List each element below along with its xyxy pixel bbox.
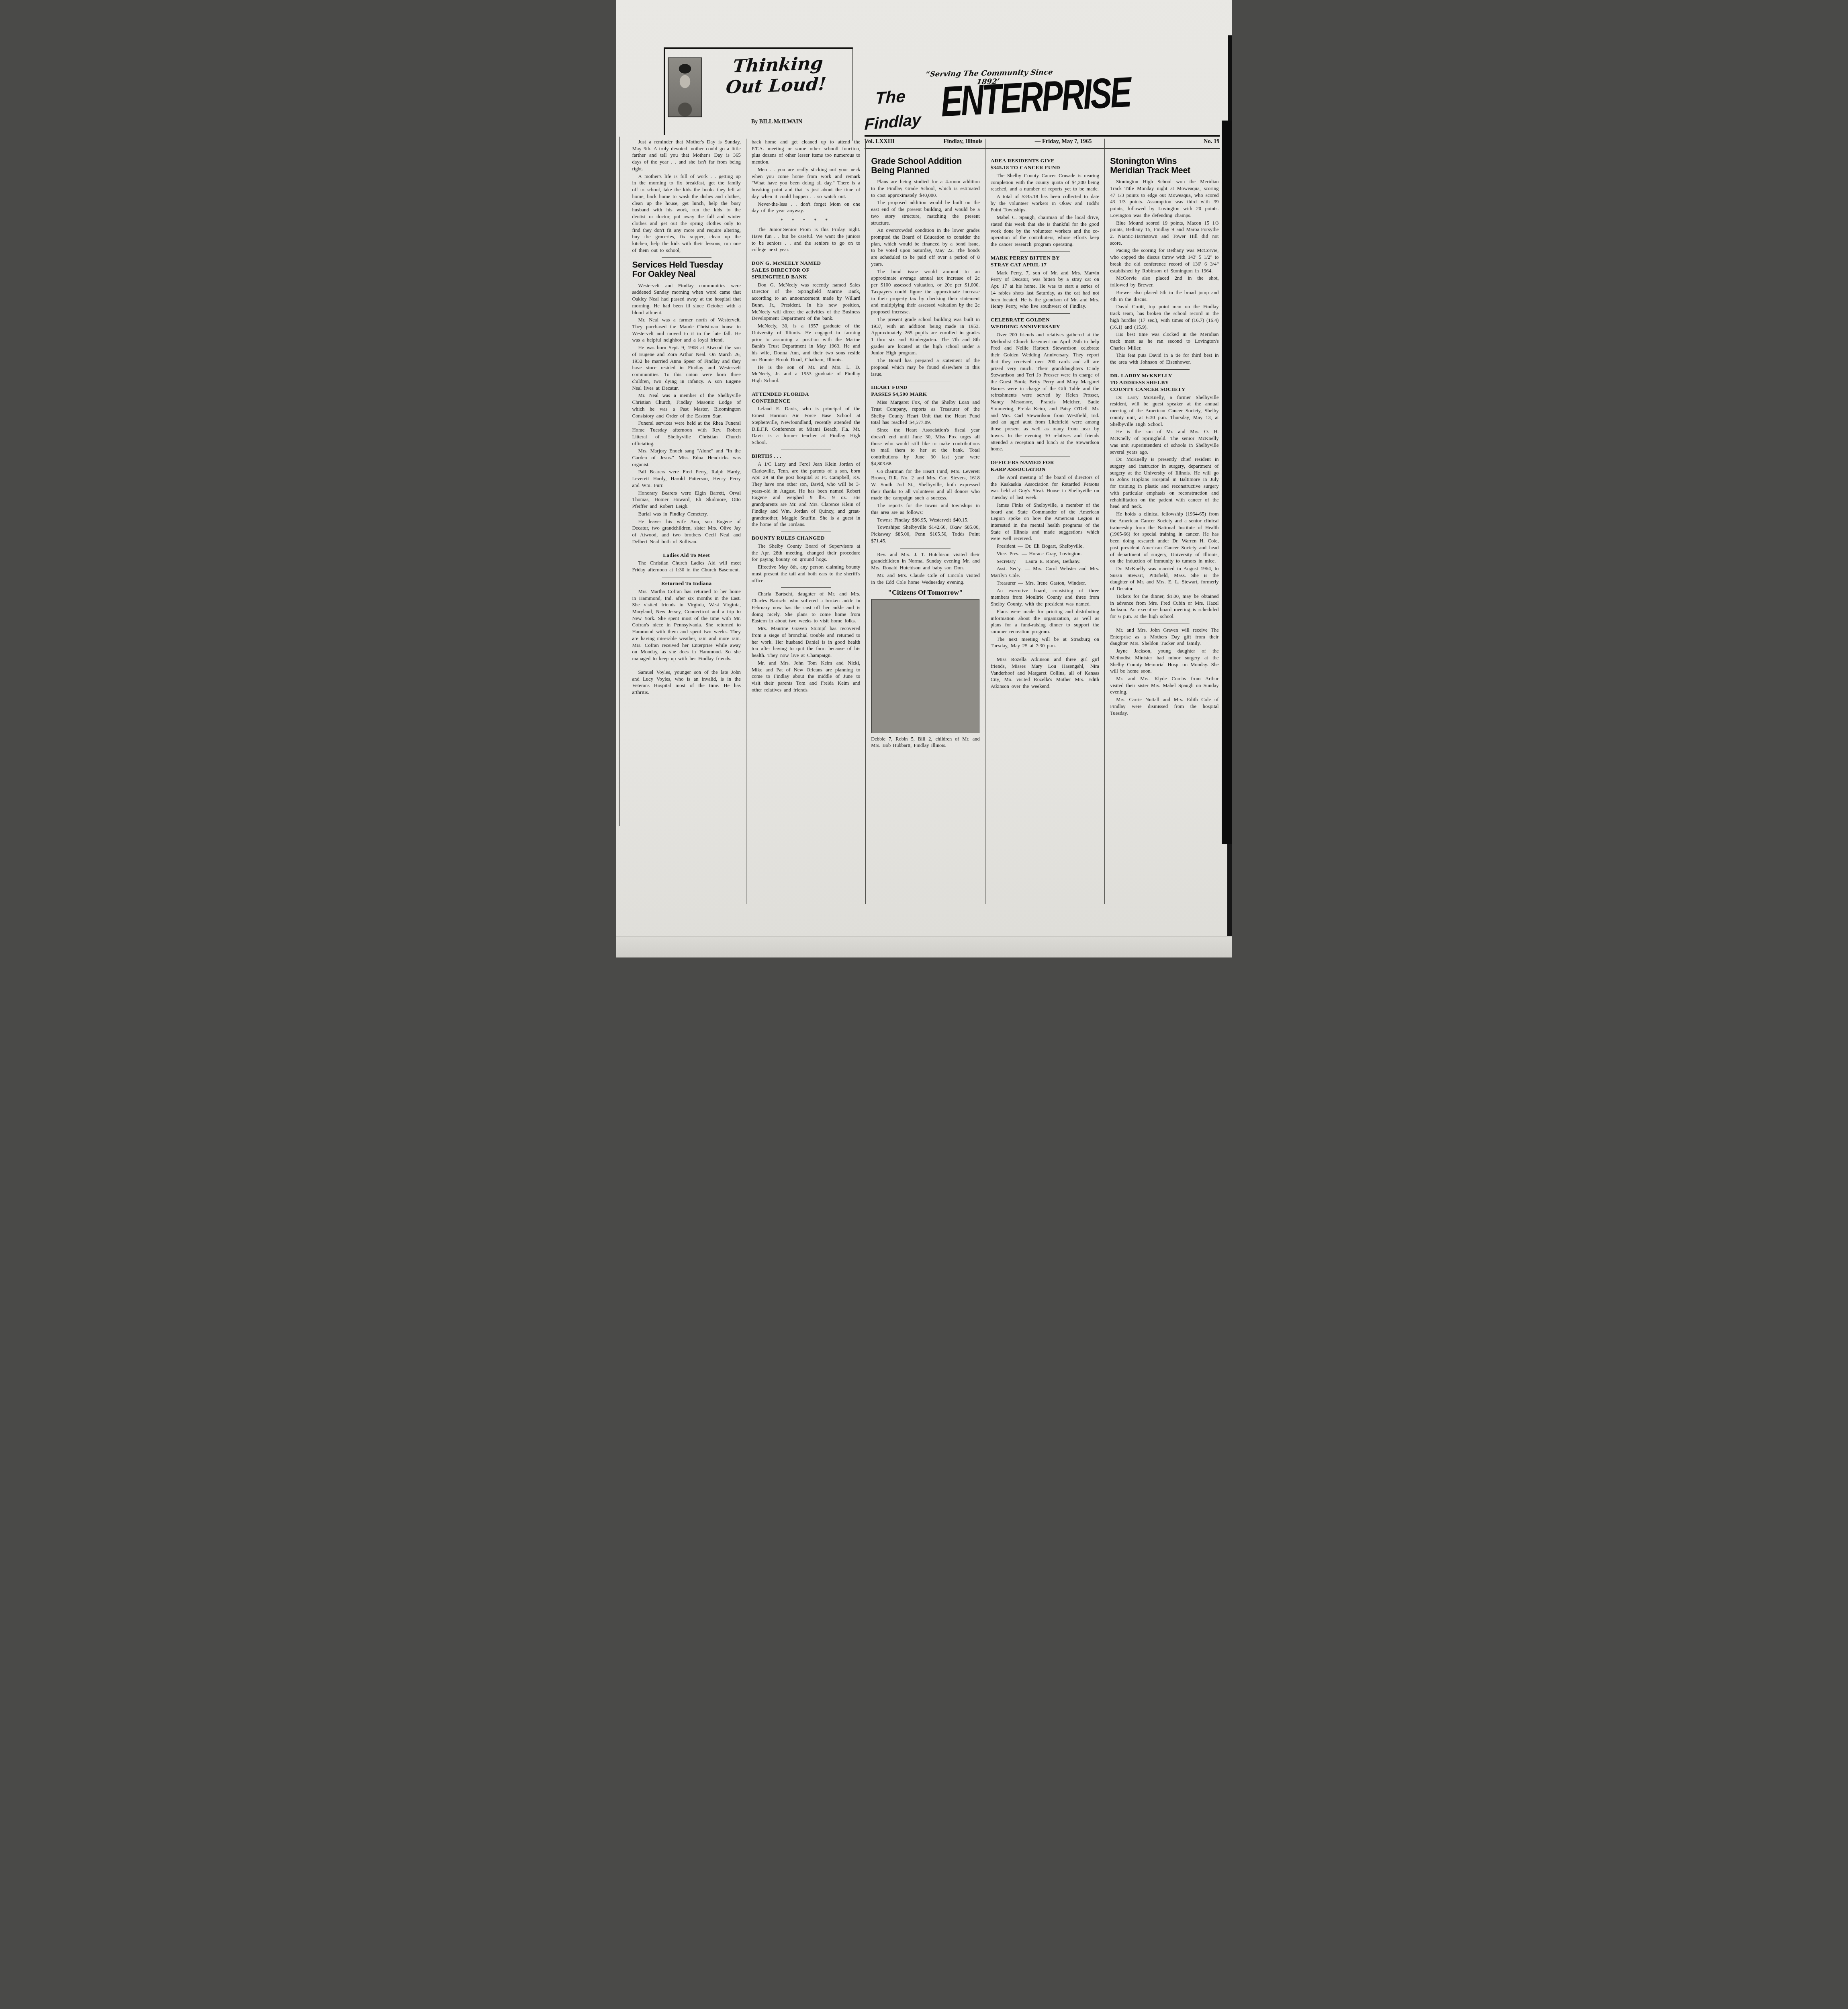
article-paragraph: Miss Margaret Fox, of the Shelby Loan an… xyxy=(871,399,979,426)
item-divider xyxy=(781,532,831,532)
article-paragraph: Asst. Sec'y. — Mrs. Carol Webster and Mr… xyxy=(991,565,1099,579)
article-subhead: BOUNTY RULES CHANGED xyxy=(752,535,860,542)
stars-separator: * * * * * xyxy=(752,217,860,223)
column-box-rule xyxy=(664,47,853,49)
article-paragraph: Mrs. Maurine Graven Stumpf has recovered… xyxy=(752,625,860,659)
article-subhead: HEART FUND PASSES $4,500 MARK xyxy=(871,384,979,398)
article-paragraph: back home and get cleaned up to attend t… xyxy=(752,139,860,166)
item-divider xyxy=(1139,624,1189,624)
article-subhead: MARK PERRY BITTEN BY STRAY CAT APRIL 17 xyxy=(991,255,1099,268)
article-paragraph: Jayne Jackson, young daughter of the Met… xyxy=(1110,648,1218,675)
article-paragraph: An executive board, consisting of three … xyxy=(991,587,1099,608)
scan-edge-artifact xyxy=(1227,844,1232,936)
article-paragraph: Over 200 friends and relatives gathered … xyxy=(991,331,1099,452)
article-subhead: CELEBRATE GOLDEN WEDDING ANNIVERSARY xyxy=(991,317,1099,330)
news-column-5: Stonington Wins Meridian Track MeetStoni… xyxy=(1104,139,1218,904)
item-divider xyxy=(1020,456,1070,456)
article-paragraph: Never-the-less . . don't forget Mom on o… xyxy=(752,201,860,214)
article-subhead: AREA RESIDENTS GIVE $345.18 TO CANCER FU… xyxy=(991,158,1099,171)
article-paragraph: This feat puts David in a tie for third … xyxy=(1110,352,1218,365)
article-paragraph: Since the Heart Association's fiscal yea… xyxy=(871,427,979,467)
article-paragraph: Mr. and Mrs. Klyde Combs from Arthur vis… xyxy=(1110,675,1218,696)
article-paragraph: Towns: Findlay $86.95, Westervelt $40.15… xyxy=(871,517,979,524)
masthead-the: The xyxy=(875,86,906,108)
news-column-1: Just a reminder that Mother's Day is Sun… xyxy=(632,139,741,904)
item-divider xyxy=(662,666,711,666)
article-paragraph: Dr. McKnelly is presently chief resident… xyxy=(1110,456,1218,510)
article-headline: Grade School Addition Being Planned xyxy=(871,157,979,175)
article-paragraph: Blue Mound scored 19 points, Macon 15 1/… xyxy=(1110,220,1218,247)
masthead-findlay: Findlay xyxy=(864,111,921,134)
article-paragraph: He is the son of Mr. and Mrs. L. D. McNe… xyxy=(752,364,860,384)
article-paragraph: Mr. and Mrs. Claude Cole of Lincoln visi… xyxy=(871,572,979,585)
newspaper-page: Thinking Out Loud! By BILL McILWAIN “Ser… xyxy=(616,0,1232,957)
article-subhead: BIRTHS . . . xyxy=(752,453,860,460)
scan-edge-artifact xyxy=(1228,35,1232,124)
item-divider xyxy=(781,450,831,450)
item-divider xyxy=(781,587,831,588)
article-paragraph: The Shelby County Board of Supervisors a… xyxy=(752,543,860,563)
article-paragraph: Samuel Voyles, younger son of the late J… xyxy=(632,669,741,696)
article-paragraph: Pacing the scoring for Bethany was McCor… xyxy=(1110,247,1218,274)
article-paragraph: The Board has prepared a statement of th… xyxy=(871,357,979,377)
masthead-divider-rule xyxy=(852,47,853,141)
article-paragraph: Charla Bartscht, daughter of Mr. and Mrs… xyxy=(752,591,860,624)
item-divider xyxy=(781,257,831,257)
article-paragraph: Men . . you are really sticking out your… xyxy=(752,166,860,200)
article-paragraph: David Cruitt, top point man on the Findl… xyxy=(1110,303,1218,330)
article-paragraph: Mark Perry, 7, son of Mr. and Mrs. Marvi… xyxy=(991,270,1099,310)
article-paragraph: James Finks of Shelbyville, a member of … xyxy=(991,502,1099,542)
article-paragraph: The proposed addition would be built on … xyxy=(871,199,979,226)
article-subhead: Ladies Aid To Meet xyxy=(632,552,741,559)
article-paragraph: Townships: Shelbyville $142.60, Okaw $85… xyxy=(871,524,979,544)
article-paragraph: Mrs. Marjory Enoch sang "Alone" and "In … xyxy=(632,448,741,468)
article-paragraph: The Shelby County Cancer Crusade is near… xyxy=(991,172,1099,192)
article-paragraph: Tickets for the dinner, $1.00, may be ob… xyxy=(1110,593,1218,620)
article-headline: Stonington Wins Meridian Track Meet xyxy=(1110,157,1218,175)
news-column-3: Grade School Addition Being PlannedPlans… xyxy=(865,139,979,904)
article-paragraph: Leland E. Davis, who is principal of the… xyxy=(752,405,860,446)
column-byline: By BILL McILWAIN xyxy=(707,119,847,125)
article-paragraph: Plans were made for printing and distrib… xyxy=(991,608,1099,635)
news-columns: Just a reminder that Mother's Day is Sun… xyxy=(632,139,1219,904)
article-paragraph: A 1/C Larry and Ferol Jean Klein Jordan … xyxy=(752,461,860,528)
article-paragraph: Effective May 8th, any person claiming b… xyxy=(752,564,860,584)
article-paragraph: Just a reminder that Mother's Day is Sun… xyxy=(632,139,741,172)
article-paragraph: Honorary Bearers were Elgin Barrett, Orv… xyxy=(632,490,741,510)
article-paragraph: A total of $345.18 has been collected to… xyxy=(991,193,1099,213)
column-box-rule xyxy=(664,47,665,135)
article-paragraph: The Junior-Senior Prom is this Friday ni… xyxy=(752,226,860,253)
article-paragraph: Rev. and Mrs. J. T. Hutchison visited th… xyxy=(871,551,979,571)
article-paragraph: Burial was in Findlay Cemetery. xyxy=(632,511,741,518)
item-divider xyxy=(781,388,831,388)
scan-edge-artifact xyxy=(619,137,620,826)
column-title: Thinking Out Loud! xyxy=(704,52,849,99)
article-paragraph: Don G. McNeely was recently named Sales … xyxy=(752,282,860,322)
item-divider xyxy=(900,548,950,548)
article-paragraph: A mother's life is full of work . . gett… xyxy=(632,173,741,254)
article-paragraph: Secretary — Laura E. Roney, Bethany. xyxy=(991,558,1099,565)
article-paragraph: The present grade school building was bu… xyxy=(871,316,979,356)
item-divider xyxy=(1020,313,1070,314)
article-paragraph: Mabel C. Spaugh, chairman of the local d… xyxy=(991,214,1099,248)
scan-edge-artifact xyxy=(1222,121,1232,844)
article-paragraph: Mr. and Mrs. John Tom Keim and Nicki, Mi… xyxy=(752,660,860,694)
article-paragraph: McCorvie also placed 2nd in the shot, fo… xyxy=(1110,275,1218,288)
article-paragraph: Mrs. Carrie Nuttall and Mrs. Edith Cole … xyxy=(1110,696,1218,716)
article-paragraph: The Christian Church Ladies Aid will mee… xyxy=(632,560,741,573)
article-paragraph: His best time was clocked in the Meridia… xyxy=(1110,331,1218,351)
item-divider xyxy=(900,381,950,381)
article-paragraph: Funeral services were held at the Rhea F… xyxy=(632,420,741,447)
item-divider xyxy=(662,549,711,549)
article-paragraph: Brewer also placed 5th in the broad jump… xyxy=(1110,289,1218,303)
scan-bed-band xyxy=(616,936,1232,957)
article-paragraph: He leaves his wife Ann, son Eugene of De… xyxy=(632,518,741,545)
article-paragraph: Pall Bearers were Fred Perry, Ralph Hard… xyxy=(632,468,741,489)
masthead-title: ENTERPRISE xyxy=(939,68,1131,127)
article-headline: Services Held Tuesday For Oakley Neal xyxy=(632,260,741,278)
article-subhead: DR. LARRY McKNELLY TO ADDRESS SHELBY COU… xyxy=(1110,372,1218,393)
news-column-2: back home and get cleaned up to attend t… xyxy=(746,139,860,904)
item-divider xyxy=(662,257,711,258)
article-paragraph: He was born Sept. 9, 1908 at Atwood the … xyxy=(632,344,741,391)
article-subhead: Returned To Indiana xyxy=(632,580,741,587)
article-subhead: DON G. McNEELY NAMED SALES DIRECTOR OF S… xyxy=(752,260,860,280)
article-paragraph: An overcrowded condition in the lower gr… xyxy=(871,227,979,267)
news-column-4: AREA RESIDENTS GIVE $345.18 TO CANCER FU… xyxy=(985,139,1099,904)
article-paragraph: The bond issue would amount to an approx… xyxy=(871,268,979,315)
bill-mcilwain-photo xyxy=(668,57,702,117)
article-paragraph: The reports for the towns and townships … xyxy=(871,502,979,516)
article-paragraph: He holds a clinical fellowship (1964-65)… xyxy=(1110,511,1218,565)
article-paragraph: Mr. Neal was a member of the Shelbyville… xyxy=(632,392,741,419)
article-paragraph: Co-chairman for the Heart Fund, Mrs. Lev… xyxy=(871,468,979,502)
article-paragraph: Mr. Neal was a farmer north of Westervel… xyxy=(632,317,741,344)
article-subhead: OFFICERS NAMED FOR KARP ASSOCIATION xyxy=(991,459,1099,473)
article-paragraph: Miss Rozella Atkinson and three girl gir… xyxy=(991,656,1099,690)
article-paragraph: Westervelt and Findlay communities were … xyxy=(632,282,741,316)
article-paragraph: Mr. and Mrs. John Graven will receive Th… xyxy=(1110,627,1218,647)
citizens-of-tomorrow-photo xyxy=(871,599,980,733)
item-divider xyxy=(1139,369,1189,370)
article-paragraph: Mrs. Martha Cofran has returned to her h… xyxy=(632,588,741,662)
article-paragraph: Treasurer — Mrs. Irene Gaston, Windsor. xyxy=(991,580,1099,587)
article-paragraph: Stonington High School won the Meridian … xyxy=(1110,178,1218,219)
article-paragraph: Plans are being studied for a 4-room add… xyxy=(871,178,979,198)
article-paragraph: Dr. McKnelly was married in August 1964,… xyxy=(1110,565,1218,592)
article-paragraph: The April meeting of the board of direct… xyxy=(991,474,1099,501)
item-divider xyxy=(1020,653,1070,653)
article-subhead: ATTENDED FLORIDA CONFERENCE xyxy=(752,391,860,405)
article-paragraph: He is the son of Mr. and Mrs. O. H. McKn… xyxy=(1110,428,1218,455)
article-paragraph: Vice. Pres. — Horace Gray, Lovington. xyxy=(991,550,1099,557)
article-paragraph: Dr. Larry McKnelly, a former Shelbyville… xyxy=(1110,394,1218,428)
feature-title: "Citizens Of Tomorrow" xyxy=(871,588,979,597)
photo-caption: Debbie 7, Robin 5, Bill 2, children of M… xyxy=(871,736,979,749)
article-paragraph: The next meeting will be at Strasburg on… xyxy=(991,636,1099,649)
masthead-rule xyxy=(865,135,1220,137)
article-paragraph: President — Dr. Eli Bogart, Shelbyville. xyxy=(991,543,1099,550)
item-divider xyxy=(662,577,711,577)
item-divider xyxy=(1020,252,1070,252)
article-paragraph: McNeely, 30, is a 1957 graduate of the U… xyxy=(752,323,860,363)
